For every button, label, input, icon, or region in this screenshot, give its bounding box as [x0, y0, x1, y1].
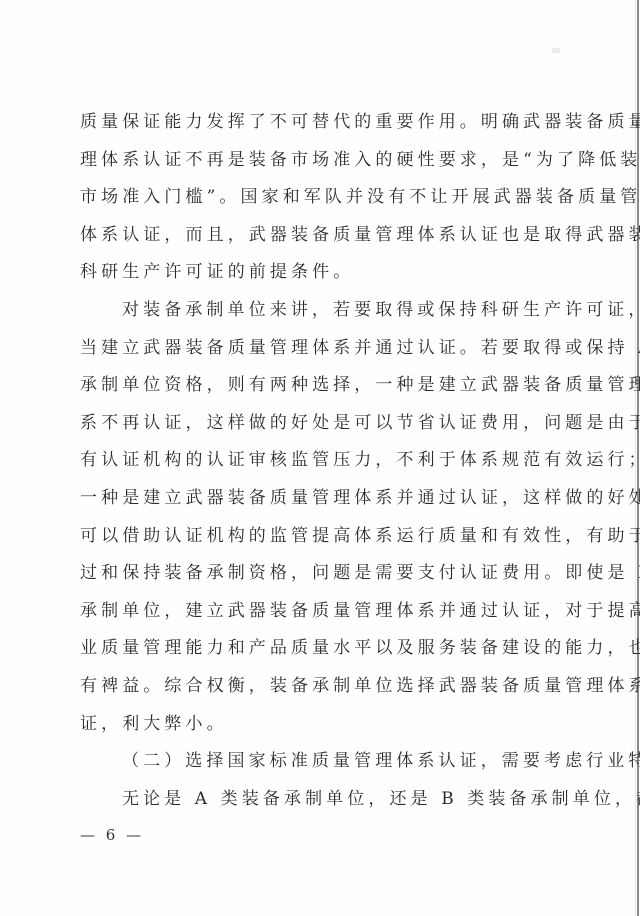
- document-page: 质量保证能力发挥了不可替代的重要作用。明确武器装备质量管 理体系认证不再是装备市…: [0, 0, 640, 916]
- text-line: 一种是建立武器装备质量管理体系并通过认证，这样做的好处是: [80, 480, 570, 518]
- text-line: 承制单位，建立武器装备质量管理体系并通过认证，对于提高企: [80, 593, 570, 631]
- text-line: 系不再认证，这样做的好处是可以节省认证费用，问题是由于没: [80, 405, 570, 443]
- text-line: 可以借助认证机构的监管提高体系运行质量和有效性，有助于通: [80, 518, 570, 556]
- text-line: 市场准入门槛”。国家和军队并没有不让开展武器装备质量管理: [80, 179, 570, 217]
- text-line: 理体系认证不再是装备市场准入的硬性要求，是“为了降低装备: [80, 142, 570, 180]
- paragraph-start-line: 对装备承制单位来讲，若要取得或保持科研生产许可证，应: [80, 292, 570, 330]
- text-line: 证，利大弊小。: [80, 706, 570, 744]
- text-line: 过和保持装备承制资格，问题是需要支付认证费用。即使是 B 类: [80, 555, 570, 593]
- text-line: 承制单位资格，则有两种选择，一种是建立武器装备质量管理体: [80, 367, 570, 405]
- text-line: 有裨益。综合权衡，装备承制单位选择武器装备质量管理体系认: [80, 668, 570, 706]
- text-line: 质量保证能力发挥了不可替代的重要作用。明确武器装备质量管: [80, 104, 570, 142]
- page-number: — 6 —: [80, 826, 144, 844]
- text-line: 体系认证，而且，武器装备质量管理体系认证也是取得武器装备: [80, 217, 570, 255]
- paragraph-start-line: 无论是 A 类装备承制单位，还是 B 类装备承制单位，都有选: [80, 781, 570, 819]
- text-line: 当建立武器装备质量管理体系并通过认证。若要取得或保持 A 类: [80, 330, 570, 368]
- text-line: 有认证机构的认证审核监管压力，不利于体系规范有效运行；另: [80, 442, 570, 480]
- scan-artifact: [552, 48, 560, 53]
- text-line: 业质量管理能力和产品质量水平以及服务装备建设的能力，也大: [80, 630, 570, 668]
- body-text: 质量保证能力发挥了不可替代的重要作用。明确武器装备质量管 理体系认证不再是装备市…: [80, 104, 570, 818]
- section-heading: （二）选择国家标准质量管理体系认证，需要考虑行业特色: [80, 743, 570, 781]
- text-line: 科研生产许可证的前提条件。: [80, 254, 570, 292]
